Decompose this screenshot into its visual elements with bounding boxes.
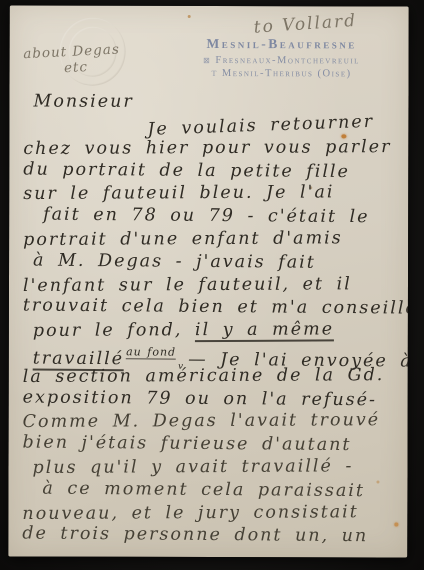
letter-line: la section américaine de la Gd. [23,364,407,389]
letter-line: plus qu'il y avait travaillé - [32,455,406,480]
letter-line: chez vous hier pour vous parler [23,136,407,161]
letter-body: Monsieur Je voulais retourner chez vous … [16,91,407,547]
letter-line: trouvait cela bien et m'a conseillé [23,295,407,321]
letterhead-estate-name: Mesnil-Beaufresne [160,36,404,53]
letter-line-insertion: travailléau fondv— Je l'ai envoyée à [33,341,407,367]
letter-line: à ce moment cela paraissait [42,477,406,503]
letter-line: nouveau, et le jury consistait [22,501,406,526]
letter-line: sur le fauteuil bleu. Je l'ai [23,181,407,206]
letterhead-address-text: Fresneaux-Montchevreuil [215,55,360,66]
annotation-to-vollard: to Vollard [253,11,358,38]
photograph-background: to Vollard about Degas etc Mesnil-Beaufr… [0,0,424,570]
letter-line: exposition 79 ou on l'a refusé- [23,386,407,412]
letterhead: Mesnil-Beaufresne ⊠Fresneaux-Montchevreu… [160,36,404,81]
telephone-icon: T [211,69,217,78]
line-text: pour le fond, [33,320,195,341]
letterhead-commune-line: TMesnil-Theribus (Oise) [160,67,404,81]
letterhead-commune-text: Mesnil-Theribus (Oise) [222,68,352,79]
letterhead-address-line: ⊠Fresneaux-Montchevreuil [160,54,404,68]
letter-line: portrait d'une enfant d'amis [23,227,407,252]
telegraph-icon: ⊠ [203,56,211,65]
letter-line-emphasis: pour le fond, il y a même [33,318,407,343]
letter-line: de trois personne dont un, un [22,523,406,549]
underlined-text: il y a même [195,320,334,343]
annotation-about-degas: about Degas etc [23,41,128,78]
foxing-spot [188,15,191,18]
letter-paper: to Vollard about Degas etc Mesnil-Beaufr… [8,5,408,557]
letter-line: à M. Degas - j'avais fait [33,249,407,275]
letter-line: du portrait de la petite fille [23,158,407,184]
letter-line: l'enfant sur le fauteuil, et il [23,273,407,298]
letter-line: fait en 78 ou 79 - c'était le [43,204,407,230]
letter-line: Comme M. Degas l'avait trouvé [23,409,407,434]
letter-line: bien j'étais furieuse d'autant [22,432,406,458]
inserted-text: au fond [126,345,176,359]
